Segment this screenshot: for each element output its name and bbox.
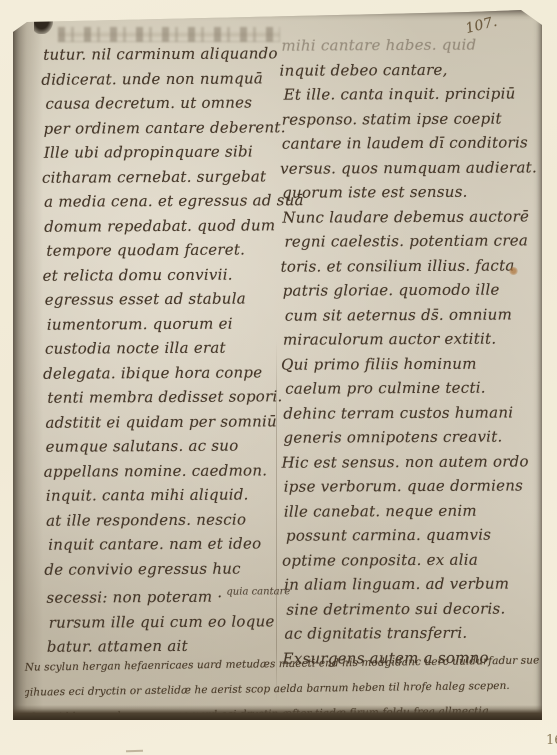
manuscript-line: custodia nocte illa erat (45, 335, 277, 361)
erased-line-smudge (58, 27, 280, 42)
manuscript-line: Et ille. canta inquit. principiū (284, 81, 538, 107)
manuscript-line: secessi: non poteram ·quia cantare (46, 580, 278, 610)
manuscript-line: inquit cantare. nam et ideo (48, 531, 278, 557)
manuscript-line: ipse verborum. quae dormiens (284, 473, 540, 499)
manuscript-line: Ille ubi adpropinquare sibi (44, 139, 276, 165)
facsimile-plate: 107. tutur. nil carminum aliquandodidice… (0, 0, 557, 755)
manuscript-line: responso. statim ipse coepit (282, 106, 538, 132)
manuscript-line: per ordinem cantare deberent. (44, 115, 276, 141)
manuscript-line: sine detrimento sui decoris. (286, 596, 540, 622)
manuscript-line: et relicta domu convivii. (42, 262, 276, 288)
interlinear-addition: quia cantare (226, 586, 290, 597)
manuscript-line: a media cena. et egressus ad suā (44, 188, 276, 214)
manuscript-line: inquit. canta mihi aliquid. (46, 482, 278, 508)
manuscript-line: causa decretum. ut omnes (45, 90, 275, 116)
edge-mark (126, 750, 143, 753)
manuscript-line: Hic est sensus. non autem ordo (282, 449, 540, 475)
manuscript-line: Nunc laudare debemus auctorē (282, 204, 538, 230)
manuscript-line: didicerat. unde non numquā (41, 66, 275, 92)
page-bottom-edge (13, 705, 542, 720)
manuscript-line: regni caelestis. potentiam crea (284, 228, 538, 254)
manuscript-line: caelum pro culmine tecti. (285, 375, 539, 401)
manuscript-photo: 107. tutur. nil carminum aliquandodidice… (13, 10, 542, 720)
manuscript-line: delegata. ibique hora conpe (43, 360, 277, 386)
manuscript-line: dehinc terram custos humani (283, 400, 539, 426)
manuscript-line: in aliam linguam. ad verbum (284, 571, 540, 597)
manuscript-line: ille canebat. neque enim (284, 498, 540, 524)
manuscript-line: miraculorum auctor extitit. (283, 326, 539, 352)
manuscript-line: cum sit aeternus ds̄. omnium (285, 302, 539, 328)
manuscript-line: patris gloriae. quomodo ille (283, 277, 539, 303)
manuscript-line: tutur. nil carminum aliquando (43, 41, 275, 67)
manuscript-line: adstitit ei quidam per somniū (45, 409, 277, 435)
manuscript-line: Qui primo filiis hominum (281, 351, 539, 377)
manuscript-line: citharam cernebat. surgebat (42, 164, 276, 190)
plate-number: 16 (546, 733, 557, 748)
column-ruling-line (276, 340, 277, 702)
manuscript-line: ac dignitatis transferri. (284, 620, 540, 646)
manuscript-line: versus. quos numquam audierat. (280, 155, 538, 181)
right-text-column: mihi cantare habes. quidinquit debeo can… (281, 32, 540, 670)
manuscript-line: mihi cantare habes. quid (281, 32, 537, 58)
binding-gutter-shadow (13, 10, 43, 720)
manuscript-line: rursum ille qui cum eo loque (49, 609, 279, 635)
manuscript-line: domum repedabat. quod dum (44, 213, 276, 239)
manuscript-line: generis omnipotens creavit. (283, 424, 539, 450)
manuscript-line: optime conposita. ex alia (282, 547, 540, 573)
manuscript-line: quorum iste est sensus. (282, 179, 538, 205)
manuscript-line: de convivio egressus huc (44, 556, 278, 582)
manuscript-line: at ille respondens. nescio (46, 507, 278, 533)
manuscript-line: possunt carmina. quamvis (286, 522, 540, 548)
manuscript-line: toris. et consilium illius. facta (280, 253, 538, 279)
manuscript-line: appellans nomine. caedmon. (44, 458, 278, 484)
manuscript-line: cantare in laudem dī conditoris (282, 130, 538, 156)
manuscript-line: iumentorum. quorum ei (47, 311, 277, 337)
left-text-column: tutur. nil carminum aliquandodidicerat. … (43, 41, 279, 659)
manuscript-line: tenti membra dedisset sopori. (47, 384, 277, 410)
foxing-spot (509, 267, 518, 275)
manuscript-line: tempore quodam faceret. (46, 237, 276, 263)
manuscript-line: eumque salutans. ac suo (46, 433, 278, 459)
manuscript-line: egressus esset ad stabula (45, 286, 277, 312)
manuscript-line: inquit debeo cantare, (279, 57, 537, 83)
corner-dark-blob (34, 10, 53, 34)
